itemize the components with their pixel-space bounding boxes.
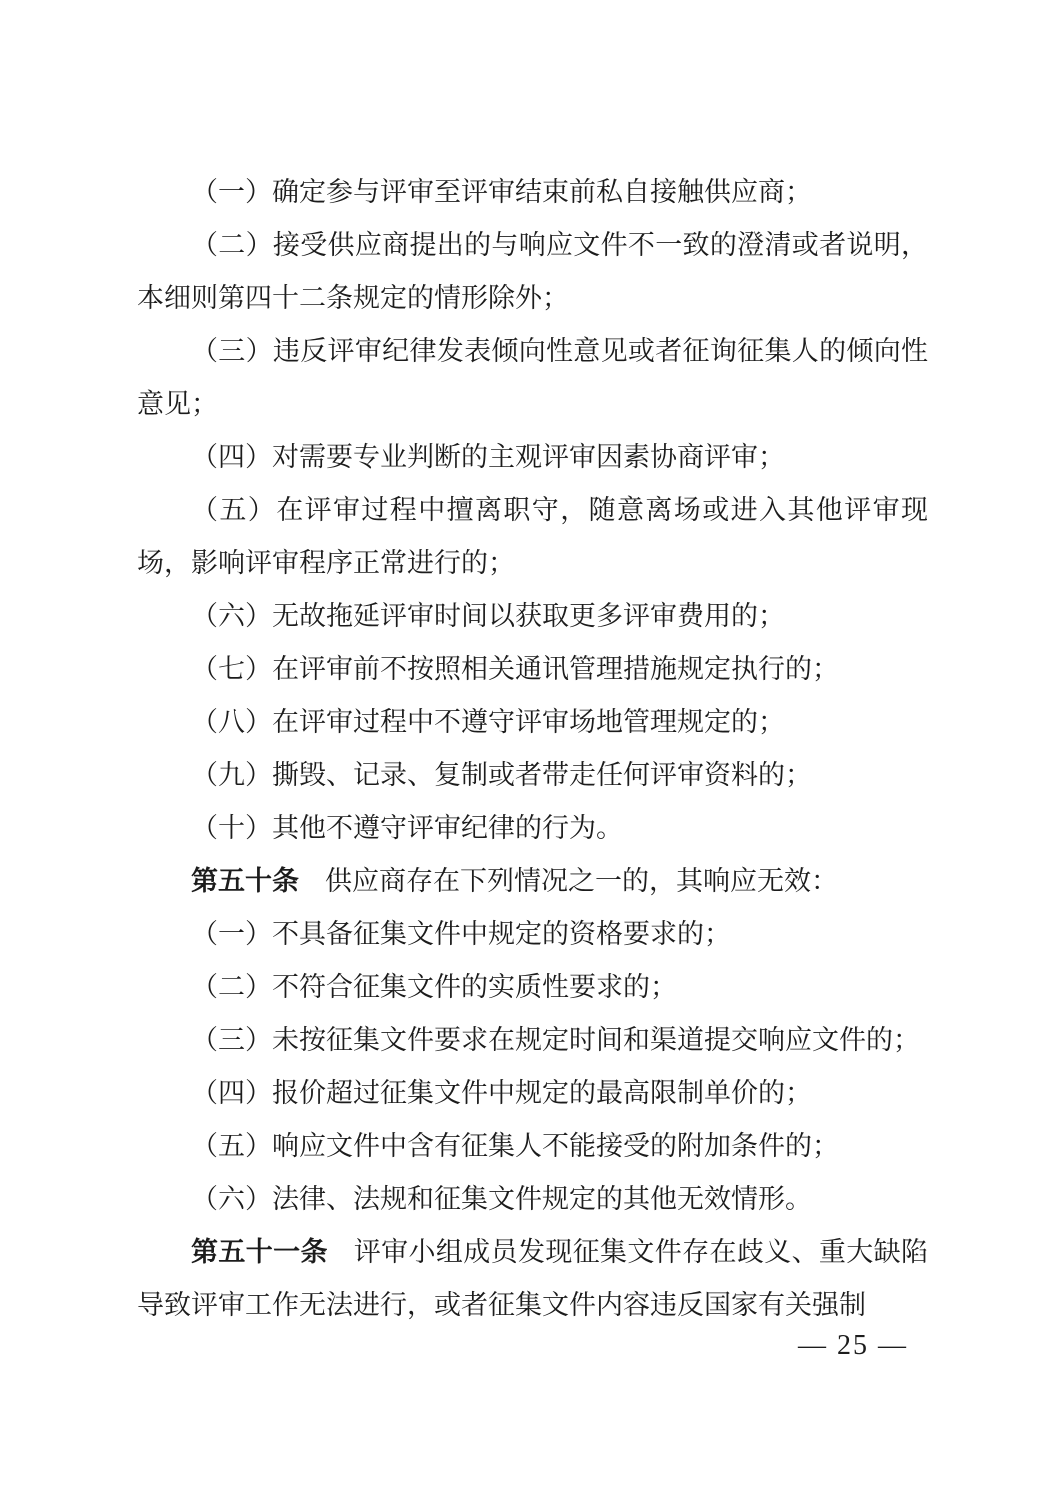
paragraph-text: （六）无故拖延评审时间以获取更多评审费用的； [191, 601, 785, 631]
page-number: — 25 — [798, 1330, 908, 1362]
body-paragraph: （六）无故拖延评审时间以获取更多评审费用的； [137, 590, 928, 643]
paragraph-text: （二）接受供应商提出的与响应文件不一致的澄清或者说明，本细则第四十二条规定的情形… [137, 230, 928, 313]
paragraph-text: （五）在评审过程中擅离职守，随意离场或进入其他评审现场，影响评审程序正常进行的； [137, 495, 928, 578]
body-paragraph: （三）违反评审纪律发表倾向性意见或者征询征集人的倾向性意见； [137, 325, 928, 431]
document-body: （一）确定参与评审至评审结束前私自接触供应商；（二）接受供应商提出的与响应文件不… [137, 166, 928, 1332]
body-paragraph: （二）接受供应商提出的与响应文件不一致的澄清或者说明，本细则第四十二条规定的情形… [137, 219, 928, 325]
paragraph-text: （一）不具备征集文件中规定的资格要求的； [191, 919, 731, 949]
body-paragraph: （十）其他不遵守评审纪律的行为。 [137, 802, 928, 855]
body-paragraph: （七）在评审前不按照相关通讯管理措施规定执行的； [137, 643, 928, 696]
body-paragraph: （一）不具备征集文件中规定的资格要求的； [137, 908, 928, 961]
paragraph-text: （一）确定参与评审至评审结束前私自接触供应商； [191, 177, 812, 207]
paragraph-text: 供应商存在下列情况之一的，其响应无效： [325, 866, 838, 896]
document-page: （一）确定参与评审至评审结束前私自接触供应商；（二）接受供应商提出的与响应文件不… [0, 0, 1060, 1500]
paragraph-text: （四）对需要专业判断的主观评审因素协商评审； [191, 442, 785, 472]
paragraph-text: （八）在评审过程中不遵守评审场地管理规定的； [191, 707, 785, 737]
body-paragraph: （九）撕毁、记录、复制或者带走任何评审资料的； [137, 749, 928, 802]
paragraph-text: （七）在评审前不按照相关通讯管理措施规定执行的； [191, 654, 839, 684]
article-paragraph: 第五十条供应商存在下列情况之一的，其响应无效： [137, 855, 928, 908]
body-paragraph: （四）报价超过征集文件中规定的最高限制单价的； [137, 1067, 928, 1120]
article-number: 第五十一条 [191, 1237, 328, 1267]
body-paragraph: （四）对需要专业判断的主观评审因素协商评审； [137, 431, 928, 484]
body-paragraph: （一）确定参与评审至评审结束前私自接触供应商； [137, 166, 928, 219]
paragraph-text: （四）报价超过征集文件中规定的最高限制单价的； [191, 1078, 812, 1108]
paragraph-text: （十）其他不遵守评审纪律的行为。 [191, 813, 623, 843]
paragraph-text: （五）响应文件中含有征集人不能接受的附加条件的； [191, 1131, 839, 1161]
body-paragraph: （八）在评审过程中不遵守评审场地管理规定的； [137, 696, 928, 749]
paragraph-text: （九）撕毁、记录、复制或者带走任何评审资料的； [191, 760, 812, 790]
body-paragraph: （三）未按征集文件要求在规定时间和渠道提交响应文件的； [137, 1014, 928, 1067]
paragraph-text: （二）不符合征集文件的实质性要求的； [191, 972, 677, 1002]
body-paragraph: （六）法律、法规和征集文件规定的其他无效情形。 [137, 1173, 928, 1226]
article-paragraph: 第五十一条评审小组成员发现征集文件存在歧义、重大缺陷导致评审工作无法进行，或者征… [137, 1226, 928, 1332]
body-paragraph: （二）不符合征集文件的实质性要求的； [137, 961, 928, 1014]
article-number: 第五十条 [191, 866, 299, 896]
body-paragraph: （五）在评审过程中擅离职守，随意离场或进入其他评审现场，影响评审程序正常进行的； [137, 484, 928, 590]
paragraph-text: （三）违反评审纪律发表倾向性意见或者征询征集人的倾向性意见； [137, 336, 928, 419]
body-paragraph: （五）响应文件中含有征集人不能接受的附加条件的； [137, 1120, 928, 1173]
paragraph-text: （六）法律、法规和征集文件规定的其他无效情形。 [191, 1184, 812, 1214]
paragraph-text: （三）未按征集文件要求在规定时间和渠道提交响应文件的； [191, 1025, 920, 1055]
